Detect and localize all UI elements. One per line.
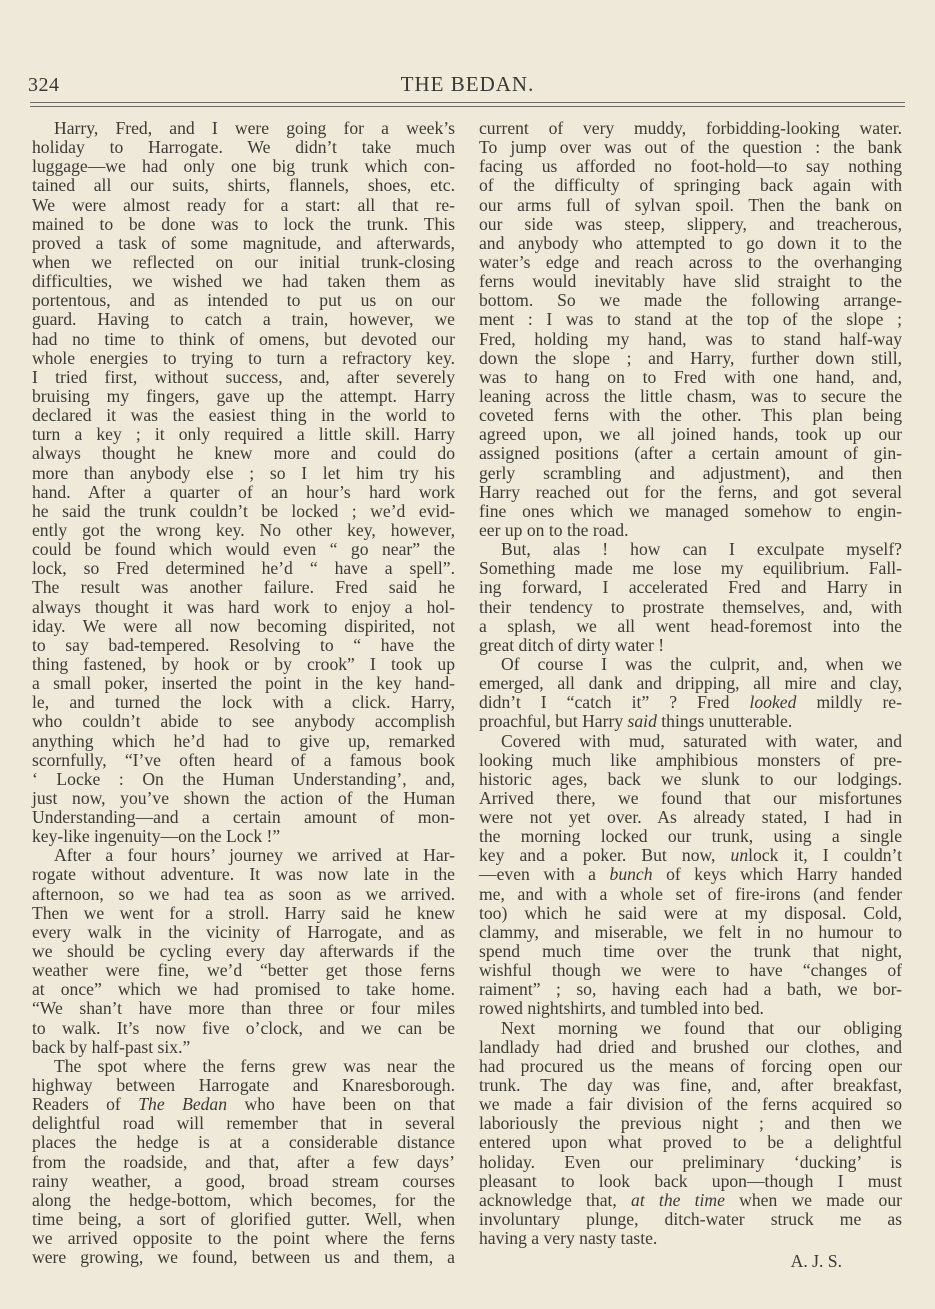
text-line: water’s edge and reach across to the ove… — [479, 253, 902, 272]
text-line: could be found which would even “ go nea… — [32, 540, 455, 559]
text-line: every walk in the vicinity of Harrogate,… — [32, 923, 455, 942]
text-run: ferns would inevitably have slid straigh… — [479, 271, 902, 291]
text-line: the morning locked our trunk, using a si… — [479, 827, 902, 846]
text-line: gerly scrambling and adjustment), and th… — [479, 464, 902, 483]
text-line: Something made me lose my equilibrium. F… — [479, 559, 902, 578]
text-run: Understanding—and a certain amount of mo… — [32, 807, 455, 827]
text-line: clammy, and miserable, we felt in no hum… — [479, 923, 902, 942]
text-run: Readers of — [32, 1094, 138, 1114]
text-run: things unutterable. — [657, 711, 792, 731]
text-run: he said the trunk couldn’t be locked ; w… — [32, 501, 455, 521]
text-run: rogate without adventure. It was now lat… — [32, 864, 455, 884]
text-line: at once” which we had promised to take h… — [32, 980, 455, 999]
text-run: trunk. The day was fine, and, after brea… — [479, 1075, 902, 1095]
text-line: mained to be done was to lock the trunk.… — [32, 215, 455, 234]
text-run: could be found which would even “ go nea… — [32, 539, 455, 559]
text-line: —even with a bunch of keys which Harry h… — [479, 865, 902, 884]
text-line: difficulties, we wished we had taken the… — [32, 272, 455, 291]
text-line: ‘ Locke : On the Human Understanding’, a… — [32, 770, 455, 789]
text-run: Arrived there, we found that our misfort… — [479, 788, 902, 808]
text-line: great ditch of dirty water ! — [479, 636, 902, 655]
text-run: emerged, all dank and dripping, all mire… — [479, 673, 902, 693]
text-run: involuntary plunge, ditch-water struck m… — [479, 1209, 902, 1229]
text-run: places the hedge is at a considerable di… — [32, 1132, 455, 1152]
text-run: agreed upon, we all joined hands, took u… — [479, 424, 902, 444]
text-run: whole energies to trying to turn a refra… — [32, 348, 455, 368]
text-run: from the roadside, and that, after a few… — [32, 1152, 455, 1172]
text-line: tained all our suits, shirts, flannels, … — [32, 176, 455, 195]
text-line: iday. We were all now becoming dispirite… — [32, 617, 455, 636]
text-line: raiment” ; so, having each had a bath, w… — [479, 980, 902, 999]
text-run: Covered with mud, saturated with water, … — [501, 731, 902, 751]
italic-text-run: looked — [749, 692, 796, 712]
text-line: just now, you’ve shown the action of the… — [32, 789, 455, 808]
text-line: proachful, but Harry said things unutter… — [479, 712, 902, 731]
text-line: along the hedge-bottom, which becomes, f… — [32, 1191, 455, 1210]
text-run: Next morning we found that our obliging — [501, 1018, 902, 1038]
text-line: wishful though we were to have “changes … — [479, 961, 902, 980]
text-line: Harry reached out for the ferns, and got… — [479, 483, 902, 502]
text-line: back by half-past six.” — [32, 1038, 455, 1057]
text-line: thing fastened, by hook or by crook” I t… — [32, 655, 455, 674]
text-line: historic ages, back we slunk to our lodg… — [479, 770, 902, 789]
text-run: more than anybody else ; so I let him tr… — [32, 463, 455, 483]
text-run: raiment” ; so, having each had a bath, w… — [479, 979, 902, 999]
text-run: always thought he knew more and could do — [32, 443, 455, 463]
text-run: highway between Harrogate and Knaresboro… — [32, 1075, 455, 1095]
text-line: had no time to think of omens, but devot… — [32, 330, 455, 349]
text-run: Harry, Fred, and I were going for a week… — [54, 118, 455, 138]
text-run: landlady had dried and brushed our cloth… — [479, 1037, 902, 1057]
text-run: current of very muddy, forbidding-lookin… — [479, 118, 902, 138]
text-run: key-like ingenuity—on the Lock !” — [32, 826, 280, 846]
text-run: along the hedge-bottom, which becomes, f… — [32, 1190, 455, 1210]
text-line: Next morning we found that our obliging — [479, 1019, 902, 1038]
text-run: were not yet over. As already stated, I … — [479, 807, 902, 827]
text-run: afternoon, so we had tea as soon as we a… — [32, 884, 455, 904]
text-line: ment : I was to stand at the top of the … — [479, 310, 902, 329]
text-line: acknowledge that, at the time when we ma… — [479, 1191, 902, 1210]
text-line: involuntary plunge, ditch-water struck m… — [479, 1210, 902, 1229]
text-run: ment : I was to stand at the top of the … — [479, 309, 902, 329]
text-line: entered upon what proved to be a delight… — [479, 1133, 902, 1152]
running-head-title: THE BEDAN. — [0, 72, 935, 97]
text-line: highway between Harrogate and Knaresboro… — [32, 1076, 455, 1095]
text-line: Then we went for a stroll. Harry said he… — [32, 904, 455, 923]
text-line: luggage—we had only one big trunk which … — [32, 157, 455, 176]
text-line: our arms full of sylvan spoil. Then the … — [479, 196, 902, 215]
text-line: Arrived there, we found that our misfort… — [479, 789, 902, 808]
text-run: gerly scrambling and adjustment), and th… — [479, 463, 902, 483]
text-run: iday. We were all now becoming dispirite… — [32, 616, 455, 636]
text-run: water’s edge and reach across to the ove… — [479, 252, 902, 272]
italic-text-run: said — [628, 711, 657, 731]
text-run: clammy, and miserable, we felt in no hum… — [479, 922, 902, 942]
text-line: facing us afforded no foot-hold—to say n… — [479, 157, 902, 176]
italic-text-run: un — [731, 845, 749, 865]
text-line: holiday to Harrogate. We didn’t take muc… — [32, 138, 455, 157]
text-run: After a four hours’ journey we arrived a… — [54, 845, 455, 865]
text-line: declared it was the easiest thing in the… — [32, 406, 455, 425]
text-run: ‘ Locke : On the Human Understanding’, a… — [32, 769, 455, 789]
italic-text-run: at the time — [631, 1190, 725, 1210]
text-line: Understanding—and a certain amount of mo… — [32, 808, 455, 827]
text-run: difficulties, we wished we had taken the… — [32, 271, 455, 291]
text-run: We were almost ready for a start: all th… — [32, 195, 455, 215]
text-run: eer up on to the road. — [479, 520, 629, 540]
text-run: thing fastened, by hook or by crook” I t… — [32, 654, 455, 674]
text-line: didn’t I “catch it” ? Fred looked mildly… — [479, 693, 902, 712]
text-line: who couldn’t abide to see anybody accomp… — [32, 712, 455, 731]
text-run: the morning locked our trunk, using a si… — [479, 826, 902, 846]
text-run: leaning across the little chasm, was to … — [479, 386, 902, 406]
text-run: a splash, we all went head-foremost into… — [479, 616, 902, 636]
text-run: Then we went for a stroll. Harry said he… — [32, 903, 455, 923]
text-line: agreed upon, we all joined hands, took u… — [479, 425, 902, 444]
text-line: eer up on to the road. — [479, 521, 902, 540]
text-run: acknowledge that, — [479, 1190, 631, 1210]
text-line: The result was another failure. Fred sai… — [32, 578, 455, 597]
text-run: who couldn’t abide to see anybody accomp… — [32, 711, 455, 731]
text-line: “We shan’t have more than three or four … — [32, 999, 455, 1018]
text-run: mained to be done was to lock the trunk.… — [32, 214, 455, 234]
text-line: We were almost ready for a start: all th… — [32, 196, 455, 215]
text-line: bruising my fingers, gave up the attempt… — [32, 387, 455, 406]
text-line: hand. After a quarter of an hour’s hard … — [32, 483, 455, 502]
text-run: le, and turned the lock with a click. Ha… — [32, 692, 455, 712]
text-run: too) which he said were at my disposal. … — [479, 903, 902, 923]
text-run: when we made our — [725, 1190, 902, 1210]
text-run: were growing, we found, between us and t… — [32, 1247, 455, 1267]
text-line: our side was steep, slippery, and treach… — [479, 215, 902, 234]
text-run: of keys which Harry handed — [653, 864, 902, 884]
text-run: pleasant to look back upon—though I must — [479, 1171, 902, 1191]
text-line: time being, a sort of glorified gutter. … — [32, 1210, 455, 1229]
text-line: Harry, Fred, and I were going for a week… — [32, 119, 455, 138]
text-run: portentous, and as intended to put us on… — [32, 290, 455, 310]
text-line: The spot where the ferns grew was near t… — [32, 1057, 455, 1076]
text-line: ferns would inevitably have slid straigh… — [479, 272, 902, 291]
text-line: of the difficulty of springing back agai… — [479, 176, 902, 195]
text-run: a small poker, inserted the point in the… — [32, 673, 455, 693]
text-line: pleasant to look back upon—though I must — [479, 1172, 902, 1191]
text-line: I tried first, without success, and, aft… — [32, 368, 455, 387]
text-run: lock it, I couldn’t — [748, 845, 902, 865]
text-line: le, and turned the lock with a click. Ha… — [32, 693, 455, 712]
text-run: our arms full of sylvan spoil. Then the … — [479, 195, 902, 215]
text-run: The result was another failure. Fred sai… — [32, 577, 455, 597]
text-line: to say bad-tempered. Resolving to “ have… — [32, 636, 455, 655]
text-run: To jump over was out of the question : t… — [479, 137, 902, 157]
text-run: spend much time over the trunk that nigh… — [479, 941, 902, 961]
text-run: anything which he’d had to give up, rema… — [32, 731, 455, 751]
text-line: fine ones which we managed somehow to en… — [479, 502, 902, 521]
text-line: were growing, we found, between us and t… — [32, 1248, 455, 1267]
text-run: laboriously the previous night ; and the… — [479, 1113, 902, 1133]
text-run: bottom. So we made the following arrange… — [479, 290, 902, 310]
text-run: key and a poker. But now, — [479, 845, 731, 865]
text-run: had procured us the means of forcing ope… — [479, 1056, 902, 1076]
text-run: Fred, holding my hand, was to stand half… — [479, 329, 902, 349]
text-line: emerged, all dank and dripping, all mire… — [479, 674, 902, 693]
text-line: Readers of The Bedan who have been on th… — [32, 1095, 455, 1114]
text-line: holiday. Even our preliminary ‘ducking’ … — [479, 1153, 902, 1172]
text-run: facing us afforded no foot-hold—to say n… — [479, 156, 902, 176]
text-line: always thought it was hard work to enjoy… — [32, 598, 455, 617]
text-run: wishful though we were to have “changes … — [479, 960, 902, 980]
text-run: we should be cycling every day afterward… — [32, 941, 455, 961]
text-run: down the slope ; and Harry, further down… — [479, 348, 902, 368]
text-line: current of very muddy, forbidding-lookin… — [479, 119, 902, 138]
text-run: assigned positions (after a certain amou… — [479, 443, 902, 463]
text-run: at once” which we had promised to take h… — [32, 979, 455, 999]
text-run: entered upon what proved to be a delight… — [479, 1132, 902, 1152]
text-line: when we reflected on our initial trunk-c… — [32, 253, 455, 272]
text-line: trunk. The day was fine, and, after brea… — [479, 1076, 902, 1095]
text-line: proved a task of some magnitude, and aft… — [32, 234, 455, 253]
text-line: Covered with mud, saturated with water, … — [479, 732, 902, 751]
text-line: After a four hours’ journey we arrived a… — [32, 846, 455, 865]
text-line: a small poker, inserted the point in the… — [32, 674, 455, 693]
italic-text-run: The Bedan — [138, 1094, 227, 1114]
text-line: too) which he said were at my disposal. … — [479, 904, 902, 923]
text-line: bottom. So we made the following arrange… — [479, 291, 902, 310]
text-line: down the slope ; and Harry, further down… — [479, 349, 902, 368]
text-run: their tendency to prostrate themselves, … — [479, 597, 902, 617]
text-run: me, and with a whole set of fire-irons (… — [479, 884, 902, 904]
text-run: rainy weather, a good, broad stream cour… — [32, 1171, 455, 1191]
text-run: back by half-past six.” — [32, 1037, 190, 1057]
text-run: great ditch of dirty water ! — [479, 635, 664, 655]
text-run: bruising my fingers, gave up the attempt… — [32, 386, 455, 406]
text-run: always thought it was hard work to enjoy… — [32, 597, 455, 617]
text-line: turn a key ; it only required a little s… — [32, 425, 455, 444]
text-line: whole energies to trying to turn a refra… — [32, 349, 455, 368]
text-line: looking much like amphibious monsters of… — [479, 751, 902, 770]
text-run: Of course I was the culprit, and, when w… — [501, 654, 902, 674]
text-line: assigned positions (after a certain amou… — [479, 444, 902, 463]
text-run: every walk in the vicinity of Harrogate,… — [32, 922, 455, 942]
text-line: anything which he’d had to give up, rema… — [32, 732, 455, 751]
text-line: was to hang on to Fred with one hand, an… — [479, 368, 902, 387]
text-line: ently got the wrong key. No other key, h… — [32, 521, 455, 540]
text-line: he said the trunk couldn’t be locked ; w… — [32, 502, 455, 521]
text-line: afternoon, so we had tea as soon as we a… — [32, 885, 455, 904]
text-line: key-like ingenuity—on the Lock !” — [32, 827, 455, 846]
text-run: had no time to think of omens, but devot… — [32, 329, 455, 349]
text-run: —even with a — [479, 864, 610, 884]
italic-text-run: bunch — [610, 864, 653, 884]
text-line: more than anybody else ; so I let him tr… — [32, 464, 455, 483]
text-line: had procured us the means of forcing ope… — [479, 1057, 902, 1076]
text-run: luggage—we had only one big trunk which … — [32, 156, 455, 176]
text-run: weather were fine, we’d “better get thos… — [32, 960, 455, 980]
text-line: coveted ferns with the other. This plan … — [479, 406, 902, 425]
text-line: and anybody who attempted to go down it … — [479, 234, 902, 253]
text-run: of the difficulty of springing back agai… — [479, 175, 902, 195]
text-run: declared it was the easiest thing in the… — [32, 405, 455, 425]
text-line: key and a poker. But now, unlock it, I c… — [479, 846, 902, 865]
text-line: a splash, we all went head-foremost into… — [479, 617, 902, 636]
text-run: Harry reached out for the ferns, and got… — [479, 482, 902, 502]
text-line: from the roadside, and that, after a few… — [32, 1153, 455, 1172]
text-line: to walk. It’s now five o’clock, and we c… — [32, 1019, 455, 1038]
text-run: proved a task of some magnitude, and aft… — [32, 233, 455, 253]
text-line: scornfully, “I’ve often heard of a famou… — [32, 751, 455, 770]
text-run: The spot where the ferns grew was near t… — [54, 1056, 455, 1076]
text-run: to say bad-tempered. Resolving to “ have… — [32, 635, 455, 655]
text-line: lock, so Fred determined he’d “ have a s… — [32, 559, 455, 578]
text-line: weather were fine, we’d “better get thos… — [32, 961, 455, 980]
text-run: was to hang on to Fred with one hand, an… — [479, 367, 902, 387]
text-run: coveted ferns with the other. This plan … — [479, 405, 902, 425]
text-line: ing forward, I accelerated Fred and Harr… — [479, 578, 902, 597]
text-run: didn’t I “catch it” ? Fred — [479, 692, 749, 712]
text-line: spend much time over the trunk that nigh… — [479, 942, 902, 961]
text-line: always thought he knew more and could do — [32, 444, 455, 463]
text-run: proachful, but Harry — [479, 711, 628, 731]
text-run: rowed nightshirts, and tumbled into bed. — [479, 998, 764, 1018]
text-run: to walk. It’s now five o’clock, and we c… — [32, 1018, 455, 1038]
text-line: But, alas ! how can I exculpate myself? — [479, 540, 902, 559]
text-run: holiday to Harrogate. We didn’t take muc… — [32, 137, 455, 157]
text-run: we arrived opposite to the point where t… — [32, 1228, 455, 1248]
page: 324 THE BEDAN. Harry, Fred, and I were g… — [0, 0, 935, 1309]
column-left: Harry, Fred, and I were going for a week… — [32, 119, 455, 1267]
text-run: having a very nasty taste. — [479, 1228, 657, 1248]
text-run: we made a fair division of the ferns acq… — [479, 1094, 902, 1114]
text-run: guard. Having to catch a train, however,… — [32, 309, 455, 329]
text-line: we should be cycling every day afterward… — [32, 942, 455, 961]
text-line: were not yet over. As already stated, I … — [479, 808, 902, 827]
text-run: fine ones which we managed somehow to en… — [479, 501, 902, 521]
text-run: But, alas ! how can I exculpate myself? — [501, 539, 902, 559]
author-signature: A. J. S. — [479, 1252, 902, 1271]
text-line: landlady had dried and brushed our cloth… — [479, 1038, 902, 1057]
text-run: who have been on that — [227, 1094, 455, 1114]
text-run: looking much like amphibious monsters of… — [479, 750, 902, 770]
header-double-rule — [30, 102, 905, 107]
text-run: hand. After a quarter of an hour’s hard … — [32, 482, 455, 502]
text-line: places the hedge is at a considerable di… — [32, 1133, 455, 1152]
text-run: Something made me lose my equilibrium. F… — [479, 558, 902, 578]
text-run: mildly re- — [796, 692, 902, 712]
text-line: leaning across the little chasm, was to … — [479, 387, 902, 406]
text-line: we made a fair division of the ferns acq… — [479, 1095, 902, 1114]
text-run: ently got the wrong key. No other key, h… — [32, 520, 455, 540]
text-line: To jump over was out of the question : t… — [479, 138, 902, 157]
text-run: when we reflected on our initial trunk-c… — [32, 252, 455, 272]
text-line: me, and with a whole set of fire-irons (… — [479, 885, 902, 904]
text-line: Of course I was the culprit, and, when w… — [479, 655, 902, 674]
text-line: portentous, and as intended to put us on… — [32, 291, 455, 310]
text-run: time being, a sort of glorified gutter. … — [32, 1209, 455, 1229]
text-run: and anybody who attempted to go down it … — [479, 233, 902, 253]
text-line: rainy weather, a good, broad stream cour… — [32, 1172, 455, 1191]
text-run: turn a key ; it only required a little s… — [32, 424, 455, 444]
text-line: rowed nightshirts, and tumbled into bed. — [479, 999, 902, 1018]
text-line: guard. Having to catch a train, however,… — [32, 310, 455, 329]
column-right: current of very muddy, forbidding-lookin… — [479, 119, 902, 1271]
text-run: our side was steep, slippery, and treach… — [479, 214, 902, 234]
text-line: having a very nasty taste. — [479, 1229, 902, 1248]
text-run: lock, so Fred determined he’d “ have a s… — [32, 558, 455, 578]
text-line: rogate without adventure. It was now lat… — [32, 865, 455, 884]
text-run: delightful road will remember that in se… — [32, 1113, 455, 1133]
text-line: their tendency to prostrate themselves, … — [479, 598, 902, 617]
text-run: historic ages, back we slunk to our lodg… — [479, 769, 902, 789]
text-run: ing forward, I accelerated Fred and Harr… — [479, 577, 902, 597]
text-run: holiday. Even our preliminary ‘ducking’ … — [479, 1152, 902, 1172]
text-run: just now, you’ve shown the action of the… — [32, 788, 455, 808]
text-line: Fred, holding my hand, was to stand half… — [479, 330, 902, 349]
text-line: we arrived opposite to the point where t… — [32, 1229, 455, 1248]
text-line: delightful road will remember that in se… — [32, 1114, 455, 1133]
text-run: scornfully, “I’ve often heard of a famou… — [32, 750, 455, 770]
text-run: I tried first, without success, and, aft… — [32, 367, 455, 387]
text-line: laboriously the previous night ; and the… — [479, 1114, 902, 1133]
text-run: tained all our suits, shirts, flannels, … — [32, 175, 455, 195]
text-run: “We shan’t have more than three or four … — [32, 998, 455, 1018]
